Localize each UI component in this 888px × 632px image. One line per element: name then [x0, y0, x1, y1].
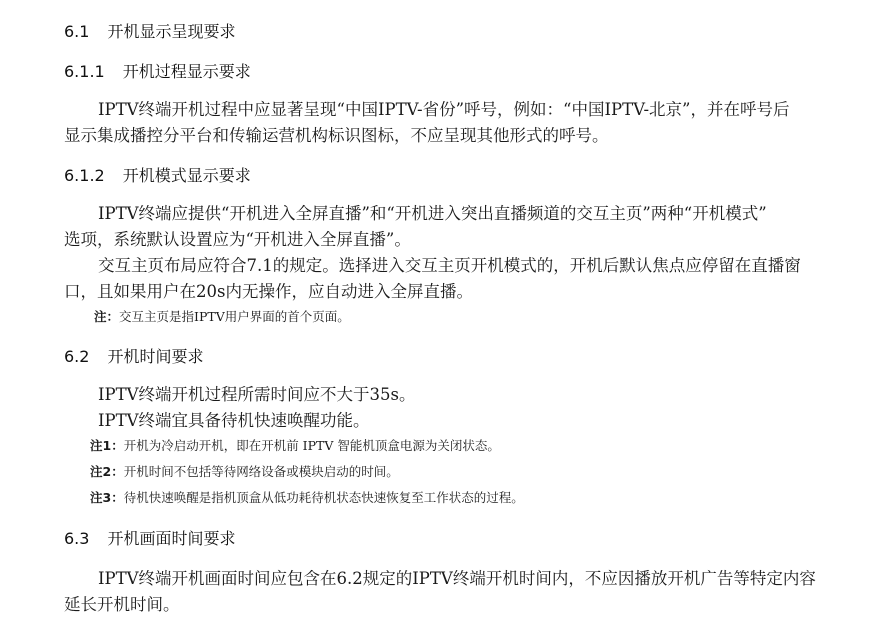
- heading-6-1-1: 6.1.1开机过程显示要求: [64, 62, 251, 82]
- note-label: 注3：: [90, 490, 124, 505]
- note-label: 注：: [94, 309, 119, 324]
- paragraph-line: IPTV终端开机过程所需时间应不大于35s。: [98, 385, 882, 405]
- paragraph-line: 显示集成播控分平台和传输运营机构标识图标，不应呈现其他形式的呼号。: [64, 126, 848, 146]
- paragraph-line: IPTV终端开机画面时间应包含在6.2规定的IPTV终端开机时间内，不应因播放开…: [98, 569, 882, 589]
- note-2: 注2：开机时间不包括等待网络设备或模块启动的时间。: [90, 463, 399, 481]
- heading-6-2: 6.2开机时间要求: [64, 347, 203, 367]
- section-title: 开机过程显示要求: [123, 62, 251, 81]
- paragraph-line: IPTV终端应提供“开机进入全屏直播”和“开机进入突出直播频道的交互主页”两种“…: [98, 204, 882, 224]
- paragraph-line: 选项，系统默认设置应为“开机进入全屏直播”。: [64, 230, 848, 250]
- note-text: 待机快速唤醒是指机顶盒从低功耗待机状态快速恢复至工作状态的过程。: [124, 490, 524, 505]
- paragraph-line: 口，且如果用户在20s内无操作，应自动进入全屏直播。: [64, 282, 848, 302]
- paragraph-line: 延长开机时间。: [64, 595, 848, 615]
- heading-6-1-2: 6.1.2开机模式显示要求: [64, 166, 251, 186]
- note-text: 交互主页是指IPTV用户界面的首个页面。: [119, 309, 350, 324]
- paragraph-line: IPTV终端开机过程中应显著呈现“中国IPTV-省份”呼号，例如：“中国IPTV…: [98, 100, 882, 120]
- heading-6-3: 6.3开机画面时间要求: [64, 529, 235, 549]
- section-title: 开机时间要求: [107, 347, 203, 366]
- section-number: 6.3: [64, 529, 89, 549]
- section-title: 开机画面时间要求: [107, 529, 235, 548]
- heading-6-1: 6.1开机显示呈现要求: [64, 22, 235, 42]
- note-label: 注1：: [90, 438, 124, 453]
- section-title: 开机模式显示要求: [123, 166, 251, 185]
- paragraph-line: IPTV终端宜具备待机快速唤醒功能。: [98, 411, 882, 431]
- section-number: 6.2: [64, 347, 89, 367]
- note-3: 注3：待机快速唤醒是指机顶盒从低功耗待机状态快速恢复至工作状态的过程。: [90, 489, 524, 507]
- section-title: 开机显示呈现要求: [107, 22, 235, 41]
- section-number: 6.1.2: [64, 166, 105, 186]
- note: 注：交互主页是指IPTV用户界面的首个页面。: [94, 308, 350, 326]
- section-number: 6.1.1: [64, 62, 105, 82]
- note-text: 开机为冷启动开机，即在开机前 IPTV 智能机顶盒电源为关闭状态。: [124, 438, 500, 453]
- note-text: 开机时间不包括等待网络设备或模块启动的时间。: [124, 464, 399, 479]
- note-label: 注2：: [90, 464, 124, 479]
- note-1: 注1：开机为冷启动开机，即在开机前 IPTV 智能机顶盒电源为关闭状态。: [90, 437, 500, 455]
- paragraph-line: 交互主页布局应符合7.1的规定。选择进入交互主页开机模式的，开机后默认焦点应停留…: [98, 256, 882, 276]
- section-number: 6.1: [64, 22, 89, 42]
